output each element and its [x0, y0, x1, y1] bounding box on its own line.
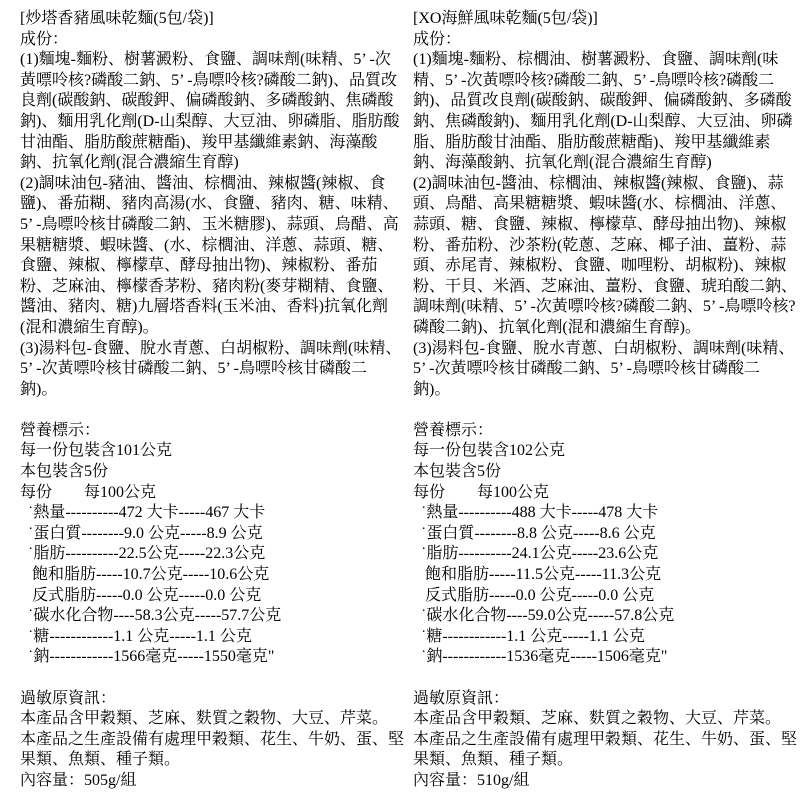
- blank-line: [20, 668, 404, 689]
- nutrition-row-fat: ˙脂肪----------24.1公克-----23.6公克: [413, 544, 797, 565]
- nutrition-heading: 營養標示：: [413, 421, 797, 442]
- blank-line: [20, 400, 404, 421]
- nutrition-row-sugar: ˙糖------------1.1 公克-----1.1 公克: [20, 627, 404, 648]
- allergen-contains-line: 本產品含甲穀類、芝麻、麩質之穀物、大豆、芹菜。: [413, 709, 797, 730]
- nutrition-row-calories: ˙熱量----------488 大卡-----478 大卡: [413, 503, 797, 524]
- nutrition-row-protein: ˙蛋白質--------8.8 公克-----8.6 公克: [413, 524, 797, 545]
- ingredients-heading: 成份：: [20, 30, 404, 51]
- nutrition-row-sodium: ˙鈉------------1566毫克-----1550毫克": [20, 647, 404, 668]
- ingredient-paragraph-noodle-block: (1)麵塊-麵粉、樹薯澱粉、食鹽、調味劑(味精、5’ -次黃嘌呤核?磷酸二鈉、5…: [20, 50, 404, 174]
- net-content: 內容量：510g/組: [413, 771, 797, 792]
- product-title: [XO海鮮風味乾麵(5包/袋)]: [413, 9, 797, 30]
- nutrition-row-carbohydrate: ˙碳水化合物----59.0公克-----57.8公克: [413, 606, 797, 627]
- ingredient-paragraph-soup-packet: (3)湯料包-食鹽、脫水青蔥、白胡椒粉、調味劑(味精、5’ -次黃嘌呤核甘磷酸二…: [413, 339, 797, 401]
- product-title: [炒塔香豬風味乾麵(5包/袋)]: [20, 9, 404, 30]
- nutrition-row-trans-fat: 反式脂肪-----0.0 公克-----0.0 公克: [20, 586, 404, 607]
- blank-line: [413, 400, 797, 421]
- ingredient-paragraph-noodle-block: (1)麵塊-麵粉、棕櫚油、樹薯澱粉、食鹽、調味劑(味精、5’ -次黃嘌呤核?磷酸…: [413, 50, 797, 174]
- nutrition-column-headers: 每份 每100公克: [20, 483, 404, 504]
- nutrition-serving-size: 每一份包裝含102公克: [413, 441, 797, 462]
- nutrition-row-carbohydrate: ˙碳水化合物----58.3公克-----57.7公克: [20, 606, 404, 627]
- allergen-contains-line: 本產品含甲穀類、芝麻、麩質之穀物、大豆、芹菜。: [20, 709, 404, 730]
- nutrition-serving-size: 每一份包裝含101公克: [20, 441, 404, 462]
- product-info-document: [炒塔香豬風味乾麵(5包/袋)] 成份： (1)麵塊-麵粉、樹薯澱粉、食鹽、調味…: [0, 0, 805, 805]
- allergen-facility-line: 本產品之生產設備有處理甲穀類、花生、牛奶、蛋、堅果類、魚類、種子類。: [413, 730, 797, 771]
- ingredient-paragraph-seasoning-oil: (2)調味油包-醬油、棕櫚油、辣椒醬(辣椒、食鹽)、蒜頭、烏醋、高果糖糖漿、蝦味…: [413, 174, 797, 339]
- nutrition-row-calories: ˙熱量----------472 大卡-----467 大卡: [20, 503, 404, 524]
- ingredient-paragraph-seasoning-oil: (2)調味油包-豬油、醬油、棕櫚油、辣椒醬(辣椒、食鹽)、番茄糊、豬肉高湯(水、…: [20, 174, 404, 339]
- allergen-heading: 過敏原資訊：: [413, 689, 797, 710]
- nutrition-row-sodium: ˙鈉------------1536毫克-----1506毫克": [413, 647, 797, 668]
- product-column-xo-seafood: [XO海鮮風味乾麵(5包/袋)] 成份： (1)麵塊-麵粉、棕櫚油、樹薯澱粉、食…: [413, 9, 797, 792]
- nutrition-row-sugar: ˙糖------------1.1 公克-----1.1 公克: [413, 627, 797, 648]
- ingredients-heading: 成份：: [413, 30, 797, 51]
- nutrition-row-fat: ˙脂肪----------22.5公克-----22.3公克: [20, 544, 404, 565]
- nutrition-row-saturated-fat: 飽和脂肪-----10.7公克-----10.6公克: [20, 565, 404, 586]
- nutrition-column-headers: 每份 每100公克: [413, 483, 797, 504]
- allergen-heading: 過敏原資訊：: [20, 689, 404, 710]
- net-content: 內容量：505g/組: [20, 771, 404, 792]
- blank-line: [413, 668, 797, 689]
- nutrition-row-trans-fat: 反式脂肪-----0.0 公克-----0.0 公克: [413, 586, 797, 607]
- ingredient-paragraph-soup-packet: (3)湯料包-食鹽、脫水青蔥、白胡椒粉、調味劑(味精、5’ -次黃嘌呤核甘磷酸二…: [20, 339, 404, 401]
- allergen-facility-line: 本產品之生產設備有處理甲穀類、花生、牛奶、蛋、堅果類、魚類、種子類。: [20, 730, 404, 771]
- nutrition-servings-per-pack: 本包裝含5份: [413, 462, 797, 483]
- nutrition-row-protein: ˙蛋白質--------9.0 公克-----8.9 公克: [20, 524, 404, 545]
- nutrition-heading: 營養標示：: [20, 421, 404, 442]
- product-column-basil-pork: [炒塔香豬風味乾麵(5包/袋)] 成份： (1)麵塊-麵粉、樹薯澱粉、食鹽、調味…: [20, 9, 404, 792]
- nutrition-row-saturated-fat: 飽和脂肪-----11.5公克-----11.3公克: [413, 565, 797, 586]
- nutrition-servings-per-pack: 本包裝含5份: [20, 462, 404, 483]
